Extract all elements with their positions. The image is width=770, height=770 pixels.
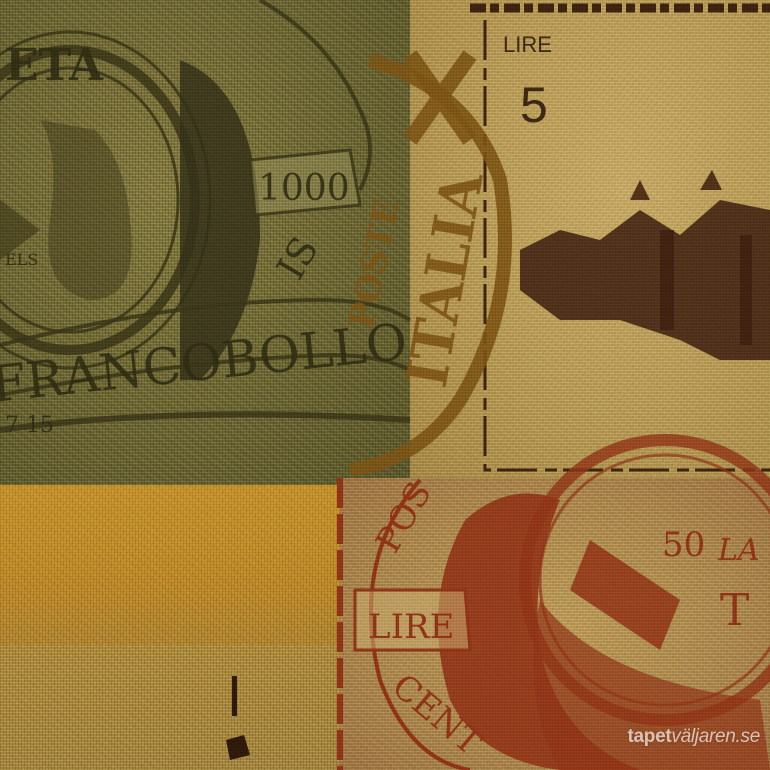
red-value: 50 [662,525,705,565]
olive-top-text: ETA [5,40,104,91]
lire-label: LIRE [503,32,552,57]
watermark-brand: tapet [628,726,672,747]
stamp-artwork: ETA 1000 FRANCOBOLLO IS 7 15 ELS LIRE 5 … [0,0,770,770]
small-figure [226,676,250,760]
lire-five-text: LIRE 5 [503,32,552,133]
red-sub-letters: T [720,585,749,636]
red-arc-top: POS [368,475,440,559]
red-ribbon-lire: LIRE [368,607,454,647]
olive-bottom-digits: 7 15 [5,413,54,438]
red-letters: LA [717,533,760,568]
olive-side-text: IS [268,229,327,287]
watermark: tapetväljaren.se [628,726,761,748]
wallpaper-image: ETA 1000 FRANCOBOLLO IS 7 15 ELS LIRE 5 … [0,0,770,770]
olive-left-text: ELS [5,250,38,269]
watermark-domain: väljaren.se [671,726,760,747]
olive-value-ribbon: 1000 [258,168,350,209]
five-value: 5 [520,77,548,133]
lire-five-stamp [470,8,770,470]
